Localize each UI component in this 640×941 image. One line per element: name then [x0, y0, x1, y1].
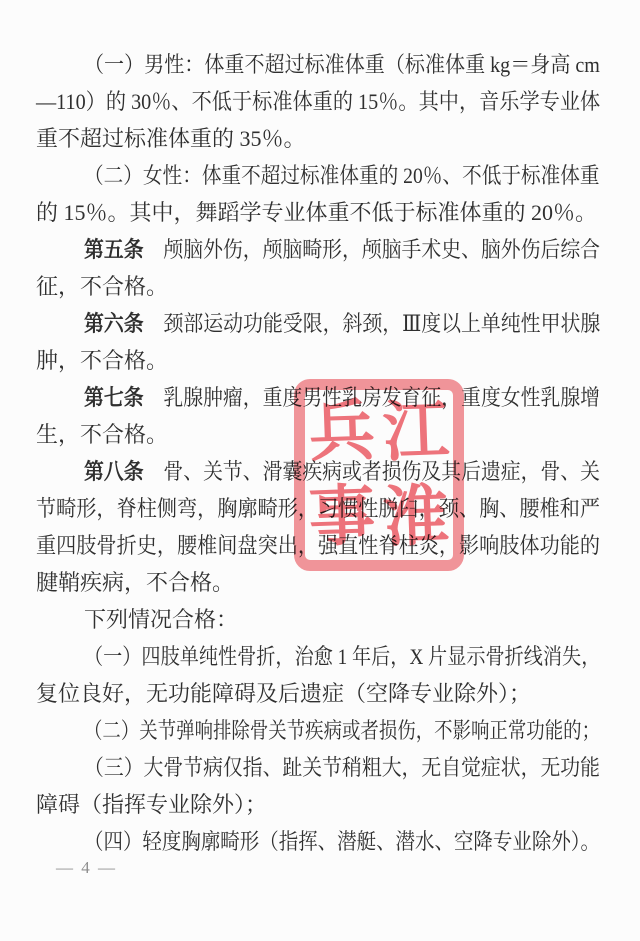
document-line: （一）四肢单纯性骨折，治愈 1 年后，X 片显示骨折线消失， [36, 638, 600, 675]
document-line-text: （二）关节弹响排除骨关节疾病或者损伤，不影响正常功能的； [84, 712, 600, 749]
line-segment: （四）轻度胸廓畸形（指挥、潜艇、潜水、空降专业除外）。 [84, 829, 600, 854]
document-line: 腱鞘疾病，不合格。 [36, 564, 600, 601]
document-line: 第五条 颅脑外伤，颅脑畸形，颅脑手术史、脑外伤后综合 [36, 231, 600, 268]
line-segment: （二）女性：体重不超过标准体重的 20％、不低于标准体重 [84, 163, 600, 188]
document-line-text: 肿，不合格。 [36, 342, 168, 379]
line-segment: （一）四肢单纯性骨折，治愈 1 年后，X 片显示骨折线消失， [84, 644, 600, 669]
article-number: 第七条 [84, 385, 144, 410]
line-segment: 的 15％。其中，舞蹈学专业体重不低于标准体重的 20％。 [36, 200, 597, 225]
document-line-text: （一）四肢单纯性骨折，治愈 1 年后，X 片显示骨折线消失， [84, 638, 600, 675]
line-segment: 重不超过标准体重的 35％。 [36, 126, 306, 151]
line-segment: 骨、关节、滑囊疾病或者损伤及其后遗症，骨、关 [144, 459, 600, 484]
document-line: 复位良好，无功能障碍及后遗症（空降专业除外）； [36, 675, 600, 712]
document-line: （二）关节弹响排除骨关节疾病或者损伤，不影响正常功能的； [36, 712, 600, 749]
line-segment: 肿，不合格。 [36, 348, 168, 373]
document-line: 肿，不合格。 [36, 342, 600, 379]
document-line-text: 腱鞘疾病，不合格。 [36, 564, 234, 601]
article-number: 第五条 [84, 237, 144, 262]
line-segment: 生，不合格。 [36, 422, 168, 447]
line-segment: （二）关节弹响排除骨关节疾病或者损伤，不影响正常功能的； [84, 718, 600, 743]
document-line: —110）的 30％、不低于标准体重的 15％。其中，音乐学专业体 [36, 83, 600, 120]
document-line: 下列情况合格： [36, 601, 600, 638]
document-line-text: 下列情况合格： [84, 601, 238, 638]
article-number: 第六条 [84, 311, 144, 336]
document-line-text: 障碍（指挥专业除外）； [36, 786, 267, 823]
document-line: （一）男性：体重不超过标准体重（标准体重 kg＝身高 cm [36, 46, 600, 83]
document-line-text: 第八条 骨、关节、滑囊疾病或者损伤及其后遗症，骨、关 [84, 453, 600, 490]
line-segment: 重四肢骨折史，腰椎间盘突出，强直性脊柱炎，影响肢体功能的 [36, 533, 600, 558]
document-line-text: 重四肢骨折史，腰椎间盘突出，强直性脊柱炎，影响肢体功能的 [36, 527, 600, 564]
line-segment: 颅脑外伤，颅脑畸形，颅脑手术史、脑外伤后综合 [144, 237, 600, 262]
document-line: 重四肢骨折史，腰椎间盘突出，强直性脊柱炎，影响肢体功能的 [36, 527, 600, 564]
document-line-text: （三）大骨节病仅指、趾关节稍粗大，无自觉症状，无功能 [84, 749, 600, 786]
document-line: （三）大骨节病仅指、趾关节稍粗大，无自觉症状，无功能 [36, 749, 600, 786]
document-line-text: （四）轻度胸廓畸形（指挥、潜艇、潜水、空降专业除外）。 [84, 823, 600, 860]
document-line-text: 征，不合格。 [36, 268, 168, 305]
document-line-text: 的 15％。其中，舞蹈学专业体重不低于标准体重的 20％。 [36, 194, 597, 231]
document-line: 第八条 骨、关节、滑囊疾病或者损伤及其后遗症，骨、关 [36, 453, 600, 490]
line-segment: 腱鞘疾病，不合格。 [36, 570, 234, 595]
document-line-text: 第五条 颅脑外伤，颅脑畸形，颅脑手术史、脑外伤后综合 [84, 231, 600, 268]
document-line-text: 重不超过标准体重的 35％。 [36, 120, 306, 157]
page-number: — 4 — [56, 858, 117, 878]
document-line: 障碍（指挥专业除外）； [36, 786, 600, 823]
document-page: （一）男性：体重不超过标准体重（标准体重 kg＝身高 cm—110）的 30％、… [0, 0, 640, 941]
document-line-text: 节畸形，脊柱侧弯，胸廓畸形，习惯性脱臼，颈、胸、腰椎和严 [36, 490, 600, 527]
document-line: 重不超过标准体重的 35％。 [36, 120, 600, 157]
line-segment: —110）的 30％、不低于标准体重的 15％。其中，音乐学专业体 [36, 89, 600, 114]
document-line: （四）轻度胸廓畸形（指挥、潜艇、潜水、空降专业除外）。 [36, 823, 600, 860]
document-line: 第七条 乳腺肿瘤，重度男性乳房发育征，重度女性乳腺增 [36, 379, 600, 416]
document-line-text: 第七条 乳腺肿瘤，重度男性乳房发育征，重度女性乳腺增 [84, 379, 600, 416]
document-line: （二）女性：体重不超过标准体重的 20％、不低于标准体重 [36, 157, 600, 194]
document-line-text: 第六条 颈部运动功能受限，斜颈，Ⅲ度以上单纯性甲状腺 [84, 305, 600, 342]
line-segment: 乳腺肿瘤，重度男性乳房发育征，重度女性乳腺增 [144, 385, 600, 410]
document-line-text: （一）男性：体重不超过标准体重（标准体重 kg＝身高 cm [84, 46, 600, 83]
article-number: 第八条 [84, 459, 144, 484]
document-line-text: （二）女性：体重不超过标准体重的 20％、不低于标准体重 [84, 157, 600, 194]
document-line: 的 15％。其中，舞蹈学专业体重不低于标准体重的 20％。 [36, 194, 600, 231]
document-line: 征，不合格。 [36, 268, 600, 305]
line-segment: 复位良好，无功能障碍及后遗症（空降专业除外）； [36, 681, 531, 706]
line-segment: 征，不合格。 [36, 274, 168, 299]
document-line: 生，不合格。 [36, 416, 600, 453]
document-line-text: —110）的 30％、不低于标准体重的 15％。其中，音乐学专业体 [36, 83, 600, 120]
document-line-text: 生，不合格。 [36, 416, 168, 453]
line-segment: （一）男性：体重不超过标准体重（标准体重 kg＝身高 cm [84, 52, 600, 77]
document-line: 第六条 颈部运动功能受限，斜颈，Ⅲ度以上单纯性甲状腺 [36, 305, 600, 342]
line-segment: 节畸形，脊柱侧弯，胸廓畸形，习惯性脱臼，颈、胸、腰椎和严 [36, 496, 600, 521]
line-segment: 下列情况合格： [84, 607, 238, 632]
line-segment: 颈部运动功能受限，斜颈，Ⅲ度以上单纯性甲状腺 [144, 311, 601, 336]
document-line: 节畸形，脊柱侧弯，胸廓畸形，习惯性脱臼，颈、胸、腰椎和严 [36, 490, 600, 527]
document-line-text: 复位良好，无功能障碍及后遗症（空降专业除外）； [36, 675, 531, 712]
line-segment: 障碍（指挥专业除外）； [36, 792, 267, 817]
line-segment: （三）大骨节病仅指、趾关节稍粗大，无自觉症状，无功能 [84, 755, 600, 780]
document-lines: （一）男性：体重不超过标准体重（标准体重 kg＝身高 cm—110）的 30％、… [36, 46, 600, 860]
